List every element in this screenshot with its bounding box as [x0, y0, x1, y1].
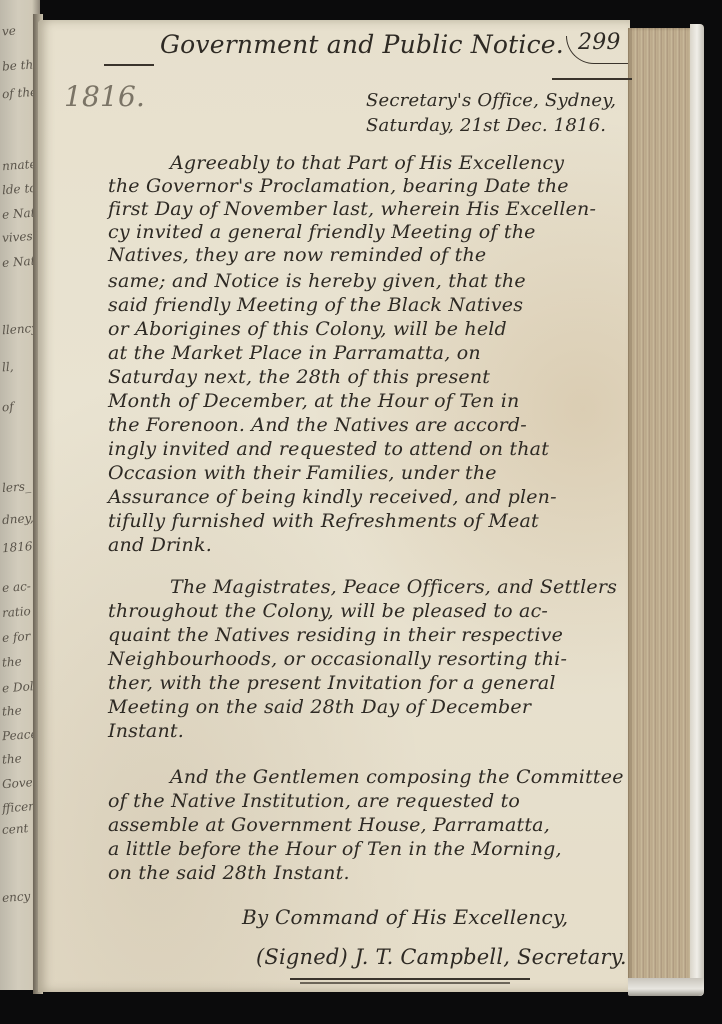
text-line: Assurance of being kindly received, and … [108, 486, 557, 508]
left-page-fragment: of [2, 400, 15, 415]
text-line: and Drink. [108, 534, 212, 556]
text-line: Meeting on the said 28th Day of December [108, 696, 531, 718]
text-line: Saturday next, the 28th of this present [108, 366, 490, 388]
book-cover-corner [628, 978, 704, 996]
text-line: ingly invited and requested to attend on… [108, 438, 549, 460]
text-line: said friendly Meeting of the Black Nativ… [108, 294, 523, 316]
page-fore-edge [628, 28, 690, 990]
left-page-fragment: dney, [2, 511, 34, 527]
text-line: or Aborigines of this Colony, will be he… [108, 318, 507, 340]
closing-command: By Command of His Excellency, [242, 905, 568, 929]
left-page-fragment: nnate [2, 157, 37, 173]
text-line: Neighbourhoods, or occasionally resortin… [108, 648, 567, 670]
text-line: ther, with the present Invitation for a … [108, 672, 556, 694]
header-rule-left [104, 64, 154, 66]
text-line: throughout the Colony, will be pleased t… [108, 600, 548, 622]
text-line: assemble at Government House, Parramatta… [108, 814, 550, 836]
text-line: at the Market Place in Parramatta, on [108, 342, 481, 364]
text-line: the Governor's Proclamation, bearing Dat… [108, 175, 569, 197]
text-line: Month of December, at the Hour of Ten in [108, 390, 519, 412]
text-line: tifully furnished with Refreshments of M… [108, 510, 539, 532]
dateline-place: Secretary's Office, Sydney, [366, 90, 616, 111]
page-title: Government and Public Notice. [160, 30, 564, 59]
text-line: The Magistrates, Peace Officers, and Set… [170, 576, 617, 598]
text-line: first Day of November last, wherein His … [108, 198, 596, 220]
text-line: Instant. [108, 720, 184, 742]
left-page-fragment: the [2, 703, 23, 718]
header-rule-right [552, 78, 632, 80]
left-page-fragment: e ac- [2, 579, 32, 595]
text-line: Occasion with their Families, under the [108, 462, 497, 484]
left-page-fragment: lde to [2, 181, 37, 197]
left-page-fragment: the [2, 751, 23, 766]
text-line: Natives, they are now reminded of the [108, 244, 486, 266]
text-line: quaint the Natives residing in their res… [108, 624, 563, 646]
margin-year: 1816. [64, 80, 145, 113]
left-page-fragment: ll, [2, 360, 14, 375]
text-line: a little before the Hour of Ten in the M… [108, 838, 562, 860]
text-line: cy invited a general friendly Meeting of… [108, 221, 536, 243]
left-page-fragment: cent [2, 821, 29, 837]
signature: (Signed) J. T. Campbell, Secretary. [256, 945, 627, 969]
text-line: same; and Notice is hereby given, that t… [108, 270, 526, 292]
left-page-fragment: the [2, 654, 23, 669]
dateline-date: Saturday, 21st Dec. 1816. [366, 115, 606, 136]
left-page-fragment: ratio [2, 604, 32, 620]
text-line: Agreeably to that Part of His Excellency [170, 152, 564, 174]
left-page-fragment: vives [2, 229, 34, 245]
left-page-fragment: e for [2, 629, 31, 645]
signature-underline [300, 982, 510, 984]
text-line: And the Gentlemen composing the Committe… [170, 766, 624, 788]
text-line: the Forenoon. And the Natives are accord… [108, 414, 527, 436]
book-cover-edge [690, 24, 704, 996]
left-page-fragment: 1816. [2, 539, 37, 555]
left-page-fragment: lers_ [2, 479, 32, 495]
left-page-fragment: ency [2, 889, 31, 905]
text-line: of the Native Institution, are requested… [108, 790, 520, 812]
page-number: 299 [578, 30, 621, 55]
text-line: on the said 28th Instant. [108, 862, 350, 884]
left-page-fragment: ve [2, 24, 17, 39]
signature-underline [290, 978, 530, 980]
